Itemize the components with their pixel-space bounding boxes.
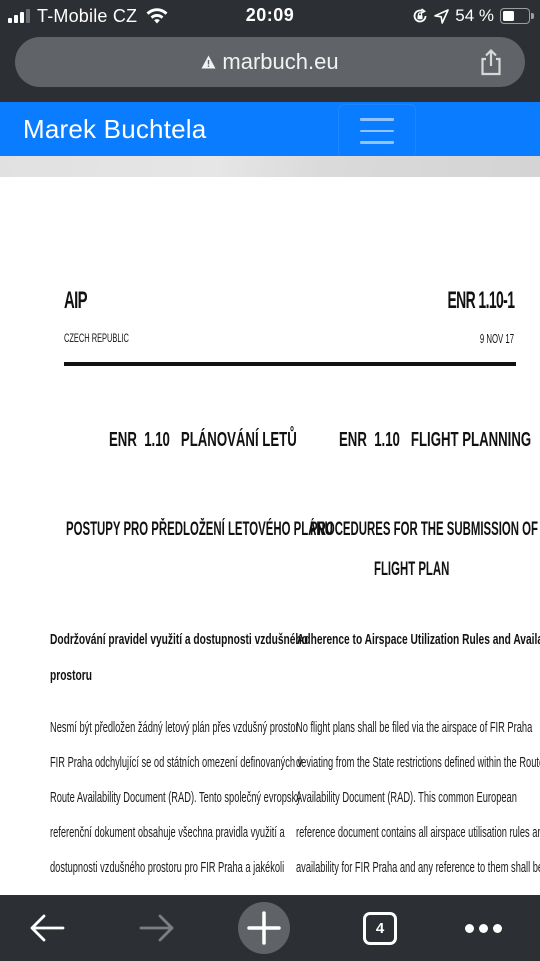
battery-percent: 54 %	[455, 6, 494, 26]
paragraph-line: Nesmí být předložen žádný letový plán př…	[50, 719, 299, 736]
battery-icon	[500, 8, 530, 24]
new-tab-button[interactable]	[238, 903, 290, 953]
url-text: marbuch.eu	[222, 49, 338, 75]
procedures-title-en-line1: PROCEDURES FOR THE SUBMISSION OF A	[310, 519, 540, 541]
plus-icon	[247, 911, 281, 945]
header-banner	[0, 156, 540, 177]
hamburger-menu-icon[interactable]	[338, 104, 416, 158]
rotation-lock-icon	[412, 8, 428, 24]
tabs-button[interactable]: 4	[355, 903, 405, 953]
browser-toolbar: 4	[0, 895, 540, 961]
doc-header-title: AIP	[64, 287, 87, 315]
site-navbar: Marek Buchtela	[0, 102, 540, 156]
arrow-right-icon	[139, 913, 175, 943]
tab-count: 4	[363, 912, 397, 945]
paragraph-line: deviating from the State restrictions de…	[296, 754, 540, 771]
doc-date: 9 NOV 17	[480, 331, 514, 346]
doc-header-country: CZECH REPUBLIC	[64, 331, 129, 345]
subheading-cz-line1: Dodržování pravidel využití a dostupnost…	[50, 631, 308, 648]
more-dots-icon[interactable]	[458, 903, 508, 953]
site-brand[interactable]: Marek Buchtela	[23, 114, 206, 145]
paragraph-line: reference document contains all airspace…	[296, 824, 540, 841]
section-title-en: ENR 1.10 FLIGHT PLANNING	[339, 429, 531, 452]
procedures-title-en-line2: FLIGHT PLAN	[374, 559, 449, 581]
paragraph-line: referenční dokument obsahuje všechna pra…	[50, 824, 285, 841]
section-title-cz: ENR 1.10 PLÁNOVÁNÍ LETŮ	[109, 429, 297, 452]
paragraph-line: FIR Praha odchylující se od státních ome…	[50, 754, 302, 771]
browser-address-area: marbuch.eu	[0, 32, 540, 102]
paragraph-line: Availability Document (RAD). This common…	[296, 789, 517, 806]
address-bar[interactable]: marbuch.eu	[15, 37, 525, 87]
procedures-title-cz: POSTUPY PRO PŘEDLOŽENÍ LETOVÉHO PLÁNU	[66, 519, 333, 541]
subheading-cz-line2: prostoru	[50, 667, 92, 684]
paragraph-line: dostupnosti vzdušného prostoru pro FIR P…	[50, 859, 284, 876]
paragraph-line: availability for FIR Praha and any refer…	[296, 859, 540, 876]
share-icon[interactable]	[479, 49, 503, 76]
back-button[interactable]	[22, 903, 72, 953]
warning-triangle-icon	[201, 55, 216, 69]
pdf-document: AIP CZECH REPUBLIC ENR 1.10-1 9 NOV 17 E…	[0, 177, 540, 895]
forward-button[interactable]	[132, 903, 182, 953]
subheading-en: Adherence to Airspace Utilization Rules …	[297, 631, 540, 648]
location-icon	[434, 9, 449, 24]
doc-page-number: ENR 1.10-1	[447, 287, 514, 315]
header-divider	[64, 362, 516, 366]
paragraph-line: Route Availability Document (RAD). Tento…	[50, 789, 301, 806]
arrow-left-icon	[29, 913, 65, 943]
status-bar: T-Mobile CZ 20:09 54 %	[0, 0, 540, 32]
paragraph-line: No flight plans shall be filed via the a…	[296, 719, 532, 736]
